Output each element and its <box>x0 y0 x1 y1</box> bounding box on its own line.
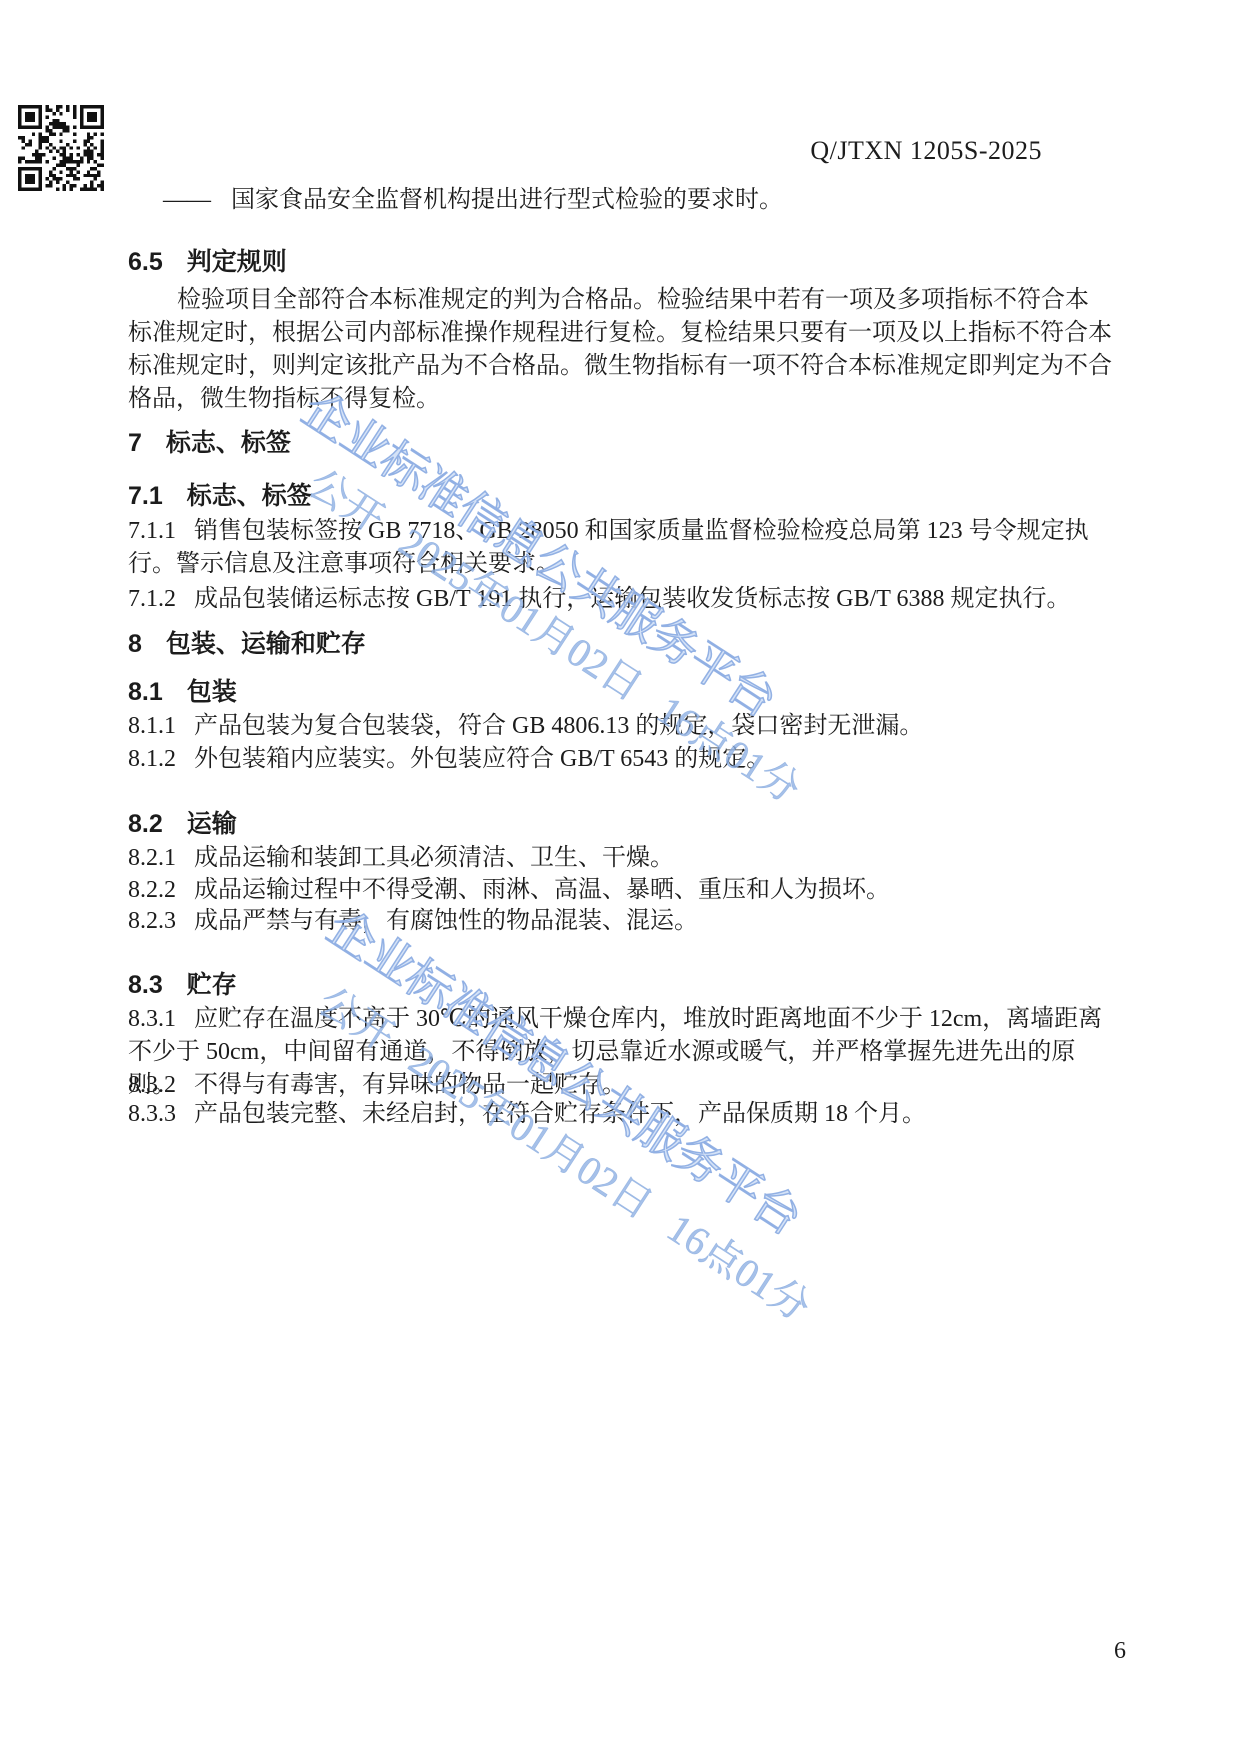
heading-number: 8 <box>128 629 142 659</box>
heading-8-2: 8.2运输 <box>128 809 1112 839</box>
clause-7-1-1: 7.1.1销售包装标签按 GB 7718、GB 28050 和国家质量监督检验检… <box>128 515 1112 581</box>
clause-number: 7.1.2 <box>128 586 176 612</box>
clause-number: 8.1.2 <box>128 746 176 772</box>
heading-title: 运输 <box>187 810 237 838</box>
heading-title: 包装 <box>187 678 237 706</box>
heading-title: 标志、标签 <box>187 482 312 510</box>
heading-6-5: 6.5判定规则 <box>128 247 1112 277</box>
clause-text: 成品严禁与有毒，有腐蚀性的物品混装、混运。 <box>194 908 698 934</box>
heading-title: 贮存 <box>187 971 237 999</box>
em-dash: —— <box>163 187 211 214</box>
clause-number: 8.2.3 <box>128 908 176 934</box>
heading-title: 标志、标签 <box>166 429 291 457</box>
clause-7-1-2: 7.1.2成品包装储运标志按 GB/T 191 执行，运输包装收发货标志按 GB… <box>128 583 1112 616</box>
clause-text: 成品运输过程中不得受潮、雨淋、高温、暴晒、重压和人为损坏。 <box>194 877 890 903</box>
clause-number: 8.2.2 <box>128 877 176 903</box>
clause-text: 产品包装完整、未经启封，在符合贮存条件下，产品保质期 18 个月。 <box>194 1101 926 1127</box>
heading-number: 8.3 <box>128 970 163 1000</box>
clause-text: 不得与有毒害，有异味的物品一起贮存。 <box>194 1072 626 1098</box>
clause-number: 8.1.1 <box>128 713 176 739</box>
clause-text: 产品包装为复合包装袋，符合 GB 4806.13 的规定，袋口密封无泄漏。 <box>194 713 923 739</box>
heading-title: 判定规则 <box>187 248 287 276</box>
document-code-header: Q/JTXN 1205S-2025 <box>0 136 1042 166</box>
heading-8-1: 8.1包装 <box>128 677 1112 707</box>
clause-text: 成品包装储运标志按 GB/T 191 执行，运输包装收发货标志按 GB/T 63… <box>194 586 1070 612</box>
heading-number: 8.1 <box>128 677 163 707</box>
heading-number: 6.5 <box>128 247 163 277</box>
clause-number: 8.3.1 <box>128 1006 176 1032</box>
standard-document-page: Q/JTXN 1205S-2025 ——国家食品安全监督机构提出进行型式检验的要… <box>0 0 1240 1753</box>
clause-number: 8.3.2 <box>128 1072 176 1098</box>
dash-item-text: 国家食品安全监督机构提出进行型式检验的要求时。 <box>231 187 783 213</box>
clause-8-1-2: 8.1.2外包装箱内应装实。外包装应符合 GB/T 6543 的规定。 <box>128 743 1112 776</box>
clause-8-2-2: 8.2.2成品运输过程中不得受潮、雨淋、高温、暴晒、重压和人为损坏。 <box>128 874 1112 907</box>
clause-8-3-3: 8.3.3产品包装完整、未经启封，在符合贮存条件下，产品保质期 18 个月。 <box>128 1098 1112 1131</box>
clause-8-1-1: 8.1.1产品包装为复合包装袋，符合 GB 4806.13 的规定，袋口密封无泄… <box>128 710 1112 743</box>
heading-7: 7标志、标签 <box>128 428 1112 458</box>
clause-number: 8.2.1 <box>128 845 176 871</box>
paragraph-6-5: 检验项目全部符合本标准规定的判为合格品。检验结果中若有一项及多项指标不符合本标准… <box>128 284 1112 416</box>
clause-number: 7.1.1 <box>128 518 176 544</box>
clause-8-2-1: 8.2.1成品运输和装卸工具必须清洁、卫生、干燥。 <box>128 842 1112 875</box>
clause-text: 外包装箱内应装实。外包装应符合 GB/T 6543 的规定。 <box>194 746 770 772</box>
page-number: 6 <box>1100 1638 1140 1665</box>
clause-text: 成品运输和装卸工具必须清洁、卫生、干燥。 <box>194 845 674 871</box>
heading-number: 8.2 <box>128 809 163 839</box>
dash-list-item: ——国家食品安全监督机构提出进行型式检验的要求时。 <box>163 179 783 214</box>
heading-number: 7.1 <box>128 481 163 511</box>
heading-7-1: 7.1标志、标签 <box>128 481 1112 511</box>
clause-8-2-3: 8.2.3成品严禁与有毒，有腐蚀性的物品混装、混运。 <box>128 905 1112 938</box>
heading-title: 包装、运输和贮存 <box>166 630 366 658</box>
clause-number: 8.3.3 <box>128 1101 176 1127</box>
heading-8-3: 8.3贮存 <box>128 970 1112 1000</box>
clause-text: 销售包装标签按 GB 7718、GB 28050 和国家质量监督检验检疫总局第 … <box>128 518 1089 577</box>
heading-number: 7 <box>128 428 142 458</box>
heading-8: 8包装、运输和贮存 <box>128 629 1112 659</box>
